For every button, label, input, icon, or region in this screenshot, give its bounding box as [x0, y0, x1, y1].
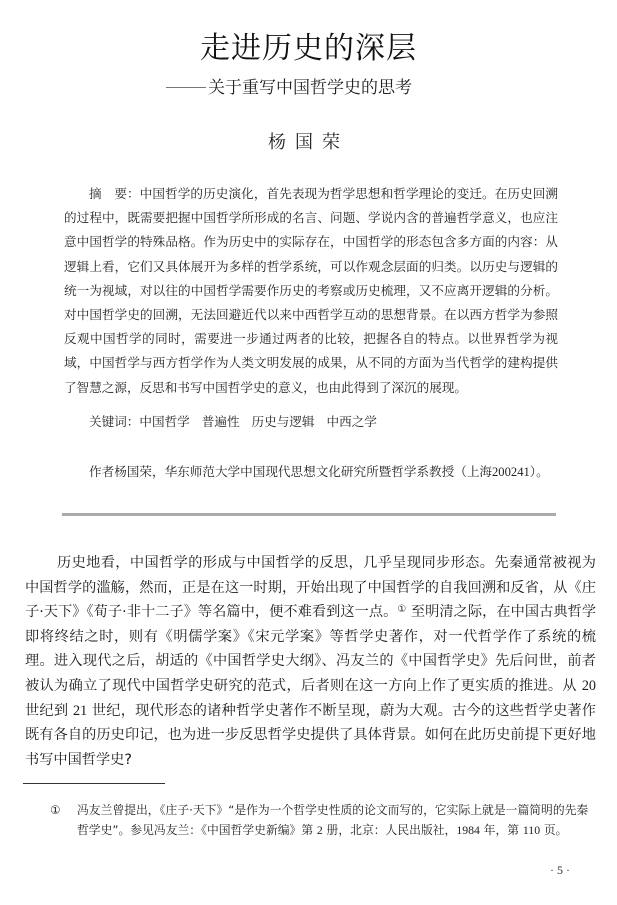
section-divider	[62, 513, 556, 516]
footnote-text: 年，第	[480, 823, 523, 837]
page-number: · 5 ·	[550, 862, 570, 878]
century-number: 20	[582, 678, 596, 694]
abstract-paragraph: 摘 要：中国哲学的历史演化，首先表现为哲学思想和哲学理论的变迁。在历史回溯的过程…	[64, 182, 558, 400]
footnote-divider	[23, 783, 165, 784]
keyword: 历史与逻辑	[252, 414, 315, 429]
footnote-year: 1984	[456, 823, 480, 837]
footnote-mark: ①	[50, 800, 61, 820]
keyword: 中国哲学	[139, 414, 189, 429]
footnote: ① 冯友兰曾提出，《庄子·天下》“是作为一个哲学史性质的论文而写的，它实际上就是…	[50, 800, 595, 840]
subtitle-text: 关于重写中国哲学史的思考	[208, 78, 412, 98]
abstract-text: 中国哲学的历史演化，首先表现为哲学思想和哲学理论的变迁。在历史回溯的过程中，既需…	[64, 186, 558, 395]
keywords: 关键词：中国哲学普遍性历史与逻辑中西之学	[89, 410, 389, 434]
article-title: 走进历史的深层	[0, 30, 617, 68]
footnote-page: 110	[523, 823, 540, 837]
keyword: 普遍性	[202, 414, 240, 429]
footnote-body: 冯友兰曾提出，《庄子·天下》“是作为一个哲学史性质的论文而写的，它实际上就是一篇…	[77, 800, 595, 840]
footnote-reference[interactable]: ①	[397, 604, 406, 615]
century-number: 21	[73, 703, 87, 719]
postal-code: 200241	[492, 465, 530, 479]
author-name: 杨国荣	[0, 130, 617, 156]
abstract: 摘 要：中国哲学的历史演化，首先表现为哲学思想和哲学理论的变迁。在历史回溯的过程…	[64, 182, 558, 400]
keywords-label: 关键词：	[89, 414, 139, 429]
body-text: 历史地看，中国哲学的形成与中国哲学的反思，几乎呈现同步形态。先秦通常被视为中国哲…	[25, 551, 596, 772]
author-info: 作者杨国荣，华东师范大学中国现代思想文化研究所暨哲学系教授（上海200241）。	[64, 460, 558, 484]
footnote-text: 册，北京：人民出版社，	[323, 823, 457, 837]
subtitle-dash	[166, 87, 206, 88]
footnote-text: 页。	[540, 823, 567, 837]
author-info-text: 作者杨国荣，华东师范大学中国现代思想文化研究所暨哲学系教授（上海	[89, 464, 492, 479]
body-paragraph: 历史地看，中国哲学的形成与中国哲学的反思，几乎呈现同步形态。先秦通常被视为中国哲…	[25, 551, 596, 772]
author-info-suffix: ）。	[530, 464, 549, 479]
author-info-paragraph: 作者杨国荣，华东师范大学中国现代思想文化研究所暨哲学系教授（上海200241）。	[64, 460, 558, 484]
body-text-segment: 世纪，现代形态的诸种哲学史著作不断呈现，蔚为大观。古今的这些哲学史著作既有各自的…	[25, 703, 596, 768]
article-subtitle: 关于重写中国哲学史的思考	[166, 77, 412, 99]
body-text-segment: 世纪到	[25, 703, 73, 719]
abstract-label: 摘 要：	[89, 186, 140, 201]
keyword: 中西之学	[327, 414, 377, 429]
